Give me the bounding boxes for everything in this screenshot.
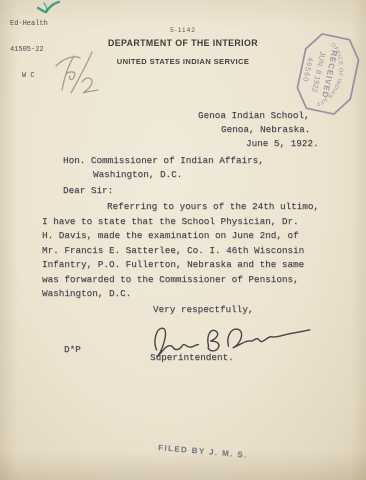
scanned-letter-page: Ed-Health 41505-22 W C 5-1142 DEPARTMENT… [0,0,366,480]
body-line: I have to state that the School Physicia… [42,215,299,230]
recipient-line-1: Hon. Commissioner of Indian Affairs, [63,154,264,169]
body-line: was forwarded to the Commissioner of Pen… [42,273,299,288]
body-line: Mr. Francis E. Satterlee, Co. I. 46th Wi… [42,244,304,259]
recipient-line-2: Washington, D.C. [93,168,182,183]
letterhead-city: Genoa, Nebraska. [221,123,310,138]
letterhead-school: Genoa Indian School, [198,109,310,124]
signature-title: Superintendent. [150,351,234,366]
typist-initials: D*P [64,343,81,358]
filed-stamp: FILED BY J. M. S. [158,443,248,460]
pencil-note [44,46,108,98]
body-line: Infantry, P.O. Fullerton, Nebraska and t… [42,258,304,273]
file-annotation-block: Ed-Health 41505-22 W C [10,3,48,98]
letterhead-date: June 5, 1922. [246,137,319,152]
body-line: Referring to yours of the 24th ultimo, [107,200,319,215]
salutation: Dear Sir: [63,184,113,199]
clerk-initials: W C [10,72,48,81]
body-line: Washington, D.C. [42,287,131,302]
body-line: H. Davis, made the examination on June 2… [42,229,299,244]
check-mark-icon [36,0,60,14]
